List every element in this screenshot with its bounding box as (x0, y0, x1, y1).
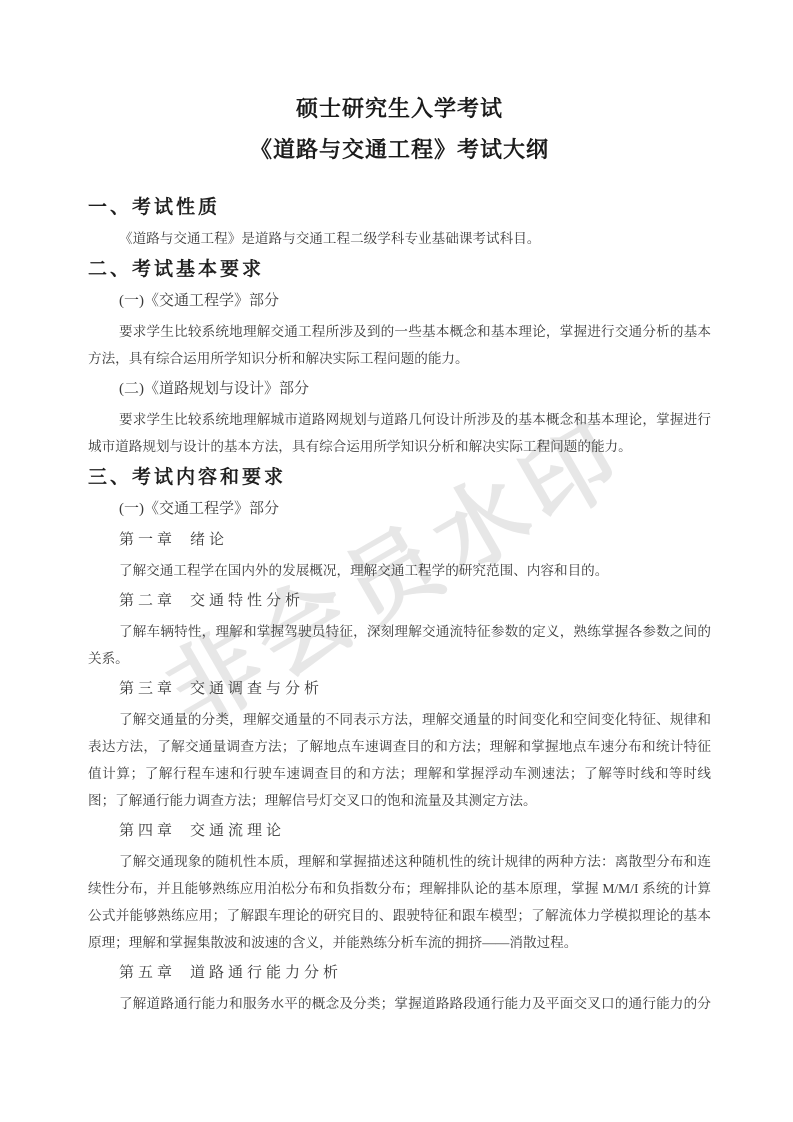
chapter-title: 道路通行能力分析 (190, 965, 342, 981)
document-title-line2: 《道路与交通工程》考试大纲 (88, 129, 711, 170)
chapter-label: 第五章 (119, 965, 176, 981)
chapter-label: 第一章 (119, 532, 176, 548)
document-title-line1: 硕士研究生入学考试 (88, 88, 711, 129)
subsection-heading: (二)《道路规划与设计》部分 (88, 375, 711, 403)
document-page: 非会员水印 硕士研究生入学考试 《道路与交通工程》考试大纲 一、考试性质 《道路… (0, 0, 793, 1122)
chapter-label: 第四章 (119, 823, 176, 839)
subsection-heading: (一)《交通工程学》部分 (88, 287, 711, 315)
document-content: 硕士研究生入学考试 《道路与交通工程》考试大纲 一、考试性质 《道路与交通工程》… (88, 88, 711, 1020)
section-heading-exam-nature: 一、考试性质 (88, 193, 711, 222)
paragraph: 《道路与交通工程》是道路与交通工程二级学科专业基础课考试科目。 (88, 225, 711, 252)
chapter-title: 交通特性分析 (190, 593, 304, 609)
chapter-heading: 第五章道路通行能力分析 (88, 959, 711, 987)
paragraph: 了解交通量的分类，理解交通量的不同表示方法，理解交通量的时间变化和空间变化特征、… (88, 706, 711, 814)
chapter-heading: 第四章交通流理论 (88, 817, 711, 845)
chapter-label: 第二章 (119, 593, 176, 609)
paragraph: 了解交通现象的随机性本质，理解和掌握描述这种随机性的统计规律的两种方法：离散型分… (88, 848, 711, 956)
chapter-label: 第三章 (119, 681, 176, 697)
paragraph: 了解车辆特性，理解和掌握驾驶员特征，深刻理解交通流特征参数的定义，熟练掌握各参数… (88, 618, 711, 672)
section-heading-content-and-requirements: 三、考试内容和要求 (88, 463, 711, 492)
chapter-title: 绪论 (190, 532, 228, 548)
chapter-heading: 第二章交通特性分析 (88, 587, 711, 615)
chapter-heading: 第三章交通调查与分析 (88, 675, 711, 703)
chapter-title: 交通流理论 (190, 823, 285, 839)
paragraph-truncated-at-page-break: 了解道路通行能力和服务水平的概念及分类；掌握道路路段通行能力及平面交叉口的通行能… (88, 990, 711, 1017)
chapter-title: 交通调查与分析 (190, 681, 323, 697)
subsection-heading: (一)《交通工程学》部分 (88, 495, 711, 523)
paragraph: 要求学生比较系统地理解交通工程所涉及到的一些基本概念和基本理论，掌握进行交通分析… (88, 318, 711, 372)
paragraph: 要求学生比较系统地理解城市道路网规划与道路几何设计所涉及的基本概念和基本理论，掌… (88, 406, 711, 460)
chapter-heading: 第一章绪论 (88, 526, 711, 554)
document-title: 硕士研究生入学考试 《道路与交通工程》考试大纲 (88, 88, 711, 170)
section-heading-basic-requirements: 二、考试基本要求 (88, 255, 711, 284)
paragraph: 了解交通工程学在国内外的发展概况，理解交通工程学的研究范围、内容和目的。 (88, 557, 711, 584)
